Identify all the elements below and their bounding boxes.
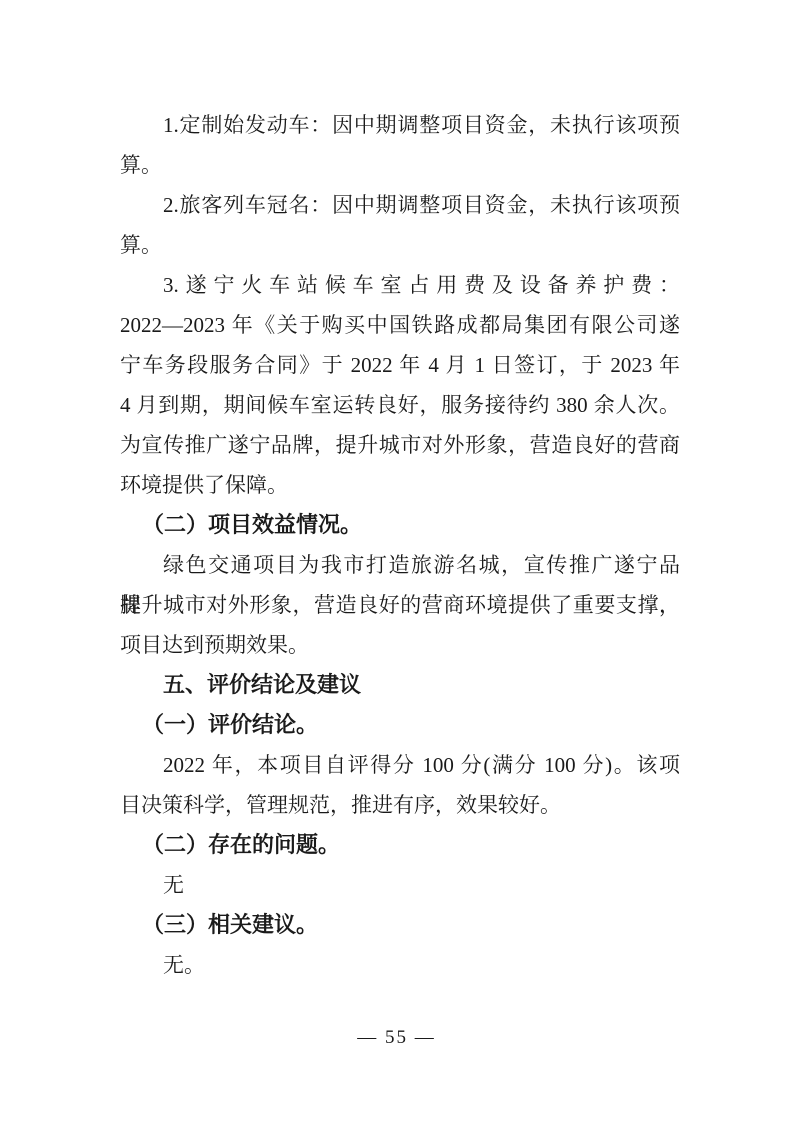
heading-section-five-conclusion: 五、评价结论及建议 — [120, 665, 680, 705]
paragraph-suggestions-none: 无。 — [120, 945, 680, 985]
heading-existing-problems: （二）存在的问题。 — [120, 825, 680, 865]
paragraph-item-1-line-2: 算。 — [120, 145, 680, 185]
paragraph-conclusion-line-1: 2022 年，本项目自评得分 100 分(满分 100 分)。该项 — [120, 745, 680, 785]
paragraph-item-1: 1.定制始发动车：因中期调整项目资金，未执行该项预 算。 — [120, 105, 680, 185]
paragraph-benefit-line-2: 提升城市对外形象，营造良好的营商环境提供了重要支撑， — [120, 585, 680, 625]
page-footer: — 55 — — [0, 1026, 793, 1050]
heading-project-benefit: （二）项目效益情况。 — [120, 505, 680, 545]
paragraph-item-3: 3.遂宁火车站候车室占用费及设备养护费： 2022—2023 年《关于购买中国铁… — [120, 265, 680, 505]
document-body: 1.定制始发动车：因中期调整项目资金，未执行该项预 算。 2.旅客列车冠名：因中… — [120, 105, 680, 985]
paragraph-item-2-line-2: 算。 — [120, 225, 680, 265]
paragraph-item-3-line-2: 2022—2023 年《关于购买中国铁路成都局集团有限公司遂 — [120, 305, 680, 345]
paragraph-item-3-line-3: 宁车务段服务合同》于 2022 年 4 月 1 日签订，于 2023 年 — [120, 345, 680, 385]
heading-related-suggestions: （三）相关建议。 — [120, 905, 680, 945]
paragraph-item-3-line-5: 为宣传推广遂宁品牌，提升城市对外形象，营造良好的营商 — [120, 425, 680, 465]
paragraph-conclusion-line-2: 目决策科学，管理规范，推进有序，效果较好。 — [120, 785, 680, 825]
paragraph-item-3-line-6: 环境提供了保障。 — [120, 465, 680, 505]
paragraph-item-1-line-1: 1.定制始发动车：因中期调整项目资金，未执行该项预 — [120, 105, 680, 145]
paragraph-item-3-line-1: 3.遂宁火车站候车室占用费及设备养护费： — [120, 265, 680, 305]
paragraph-item-2: 2.旅客列车冠名：因中期调整项目资金，未执行该项预 算。 — [120, 185, 680, 265]
heading-evaluation-conclusion: （一）评价结论。 — [120, 705, 680, 745]
paragraph-benefit-line-3: 项目达到预期效果。 — [120, 625, 680, 665]
paragraph-item-3-line-4: 4 月到期，期间候车室运转良好，服务接待约 380 余人次。 — [120, 385, 680, 425]
paragraph-benefit-line-1: 绿色交通项目为我市打造旅游名城，宣传推广遂宁品牌， — [120, 545, 680, 585]
paragraph-conclusion-body: 2022 年，本项目自评得分 100 分(满分 100 分)。该项 目决策科学，… — [120, 745, 680, 825]
paragraph-item-2-line-1: 2.旅客列车冠名：因中期调整项目资金，未执行该项预 — [120, 185, 680, 225]
paragraph-benefit-body: 绿色交通项目为我市打造旅游名城，宣传推广遂宁品牌， 提升城市对外形象，营造良好的… — [120, 545, 680, 665]
document-page: 1.定制始发动车：因中期调整项目资金，未执行该项预 算。 2.旅客列车冠名：因中… — [0, 0, 793, 1122]
page-number: — 55 — — [357, 1027, 436, 1048]
paragraph-problems-none: 无 — [120, 865, 680, 905]
